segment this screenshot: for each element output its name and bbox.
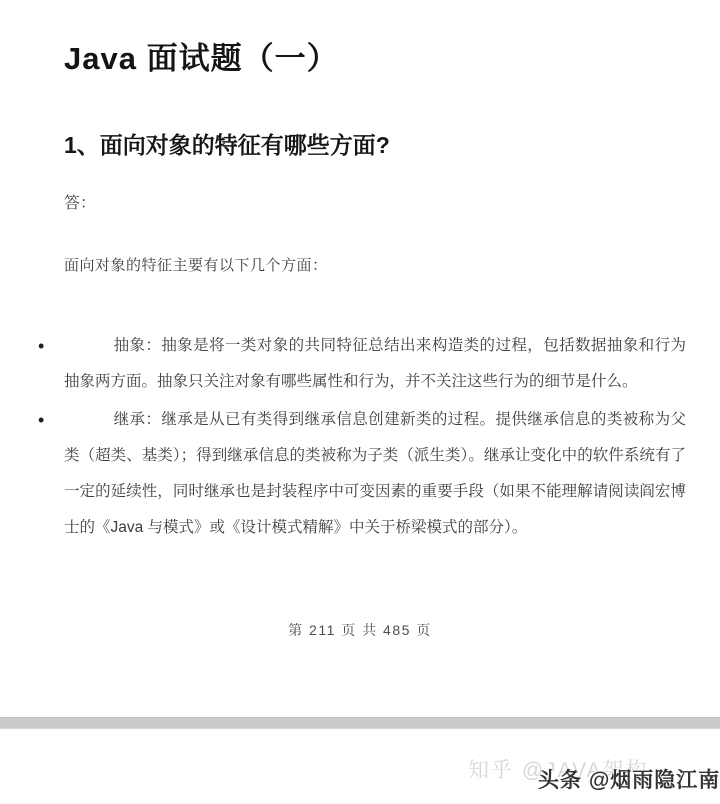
question-heading: 1、面向对象的特征有哪些方面?: [64, 127, 390, 160]
toutiao-watermark: 头条 @烟雨隐江南: [538, 764, 720, 794]
bullet-icon: •: [38, 328, 44, 364]
page-number-footer: 第 211 页 共 485 页: [8, 620, 712, 640]
intro-text: 面向对象的特征主要有以下几个方面：: [64, 254, 328, 275]
bullet-icon: •: [38, 402, 44, 438]
document-title: Java 面试题（一）: [64, 33, 339, 78]
page-break-divider: [0, 717, 720, 729]
feature-bullet-list: • 抽象：抽象是将一类对象的共同特征总结出来构造类的过程，包括数据抽象和行为抽象…: [36, 328, 686, 548]
answer-label: 答：: [64, 190, 96, 213]
bullet-text-inheritance: 继承：继承是从已有类得到继承信息创建新类的过程。提供继承信息的类被称为父类（超类…: [64, 411, 686, 536]
document-page: Java 面试题（一） 1、面向对象的特征有哪些方面? 答： 面向对象的特征主要…: [0, 0, 720, 804]
list-item: • 继承：继承是从已有类得到继承信息创建新类的过程。提供继承信息的类被称为父类（…: [36, 402, 686, 546]
bullet-text-abstraction: 抽象：抽象是将一类对象的共同特征总结出来构造类的过程，包括数据抽象和行为抽象两方…: [64, 337, 686, 390]
list-item: • 抽象：抽象是将一类对象的共同特征总结出来构造类的过程，包括数据抽象和行为抽象…: [36, 328, 686, 400]
